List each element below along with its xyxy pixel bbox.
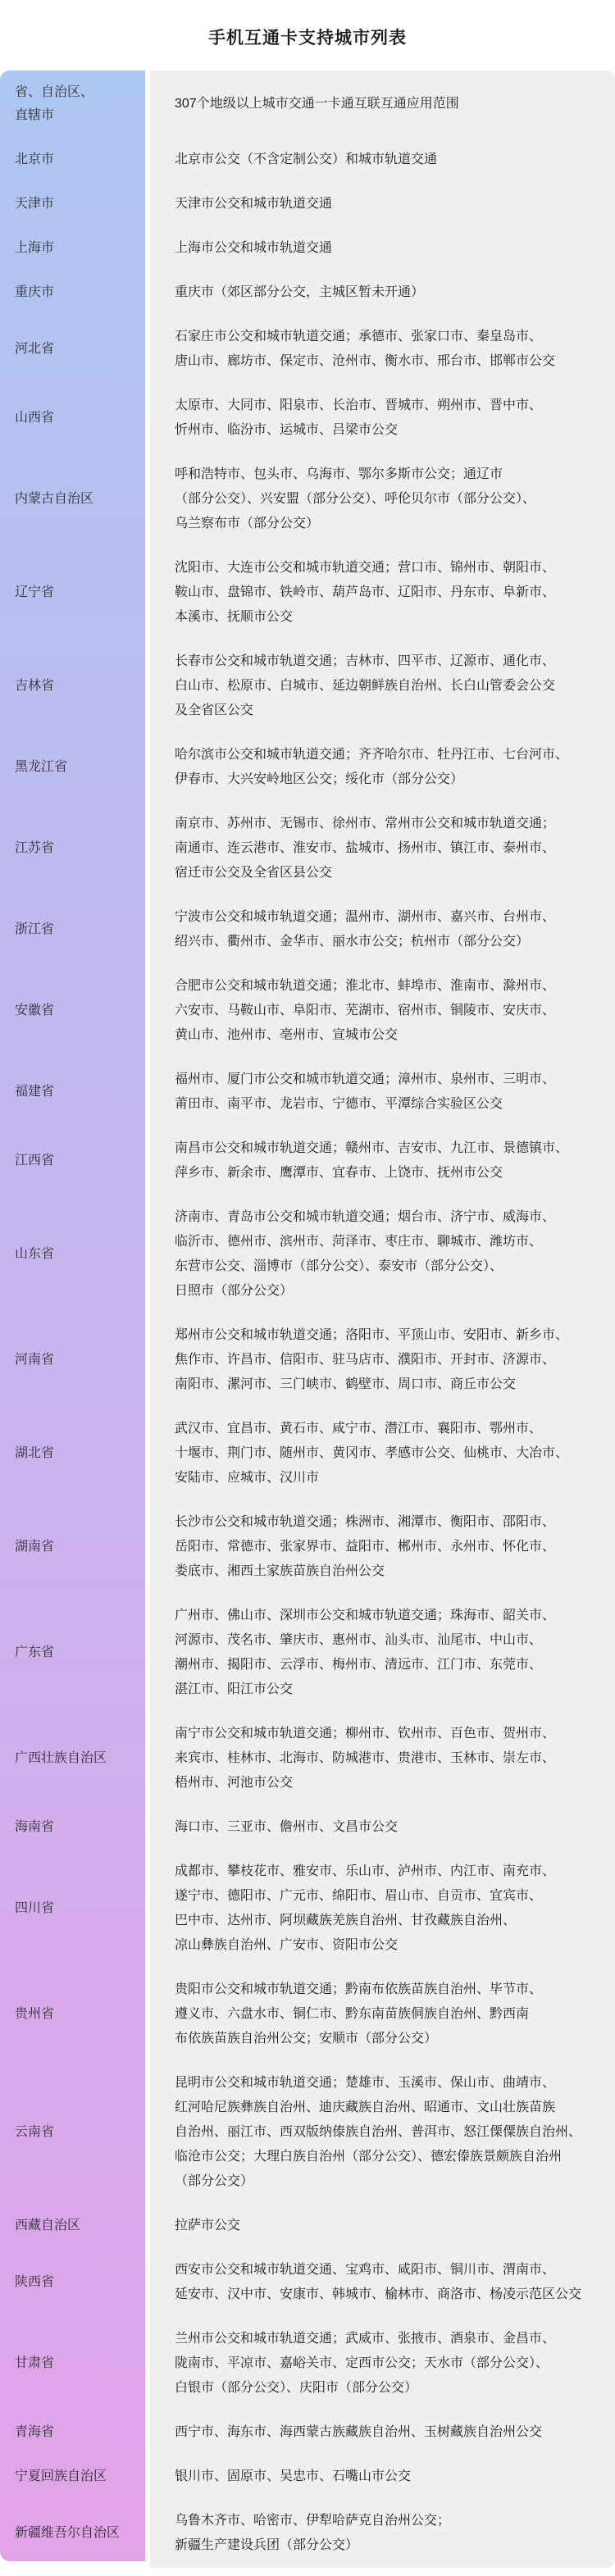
cities-cell: 福州市、厦门市公交和城市轨道交通；漳州市、泉州市、三明市、 莆田市、南平市、龙岩… [145,1058,615,1126]
cities-cell: 拉萨市公交 [145,2204,615,2248]
province-cell: 山东省 [0,1235,145,1274]
cities-cell: 海口市、三亚市、儋州市、文昌市公交 [145,1805,615,1850]
province-cell: 山西省 [0,398,145,438]
table-row: 新疆维吾尔自治区乌鲁木齐市、哈密市、伊犁哈萨克自治州公交； 新疆生产建设兵团（部… [0,2499,615,2568]
province-cell: 黑龙江省 [0,748,145,787]
province-cell: 湖北省 [0,1434,145,1473]
province-cell: 甘肃省 [0,2344,145,2383]
province-cell: 辽宁省 [0,573,145,612]
table-row: 天津市天津市公交和城市轨道交通 [0,182,615,226]
cities-cell: 上海市公交和城市轨道交通 [145,226,615,271]
table-row: 重庆市重庆市（郊区部分公交，主城区暂未开通） [0,271,615,315]
province-cell: 内蒙古自治区 [0,480,145,519]
province-cell: 湖南省 [0,1527,145,1567]
cities-cell: 西宁市、海东市、海西蒙古族藏族自治州、玉树藏族自治州公交 [145,2410,615,2455]
table-row: 广东省广州市、佛山市、深圳市公交和城市轨道交通；珠海市、韶关市、 河源市、茂名市… [0,1594,615,1712]
province-cell: 西藏自治区 [0,2206,145,2246]
province-cell: 新疆维吾尔自治区 [0,2514,145,2553]
cities-cell: 南京市、苏州市、无锡市、徐州市、常州市公交和城市轨道交通； 南通市、连云港市、淮… [145,802,615,895]
table-row: 海南省海口市、三亚市、儋州市、文昌市公交 [0,1805,615,1850]
cities-cell: 成都市、攀枝花市、雅安市、乐山市、泸州市、内江市、南充市、 遂宁市、德阳市、广元… [145,1850,615,1968]
province-cell: 河北省 [0,330,145,369]
cities-cell: 长沙市公交和城市轨道交通；株洲市、湘潭市、衡阳市、邵阳市、 岳阳市、常德市、张家… [145,1500,615,1594]
cities-cell: 武汉市、宜昌市、黄石市、咸宁市、潜江市、襄阳市、鄂州市、 十堰市、荆门市、随州市… [145,1407,615,1500]
cities-cell: 乌鲁木齐市、哈密市、伊犁哈萨克自治州公交； 新疆生产建设兵团（部分公交） [145,2499,615,2568]
cities-cell: 贵阳市公交和城市轨道交通；黔南布依族苗族自治州、毕节市、 遵义市、六盘水市、铜仁… [145,1968,615,2061]
table-row: 西藏自治区拉萨市公交 [0,2204,615,2248]
province-cell: 广西壮族自治区 [0,1739,145,1778]
page: 手机互通卡支持城市列表 省、自治区、 直辖市 307个地级以上城市交通一卡通互联… [0,0,615,2576]
province-cell: 吉林省 [0,667,145,706]
table-row: 辽宁省沈阳市、大连市公交和城市轨道交通；营口市、锦州市、朝阳市、 鞍山市、盘锦市… [0,546,615,639]
table-row: 河南省郑州市公交和城市轨道交通；洛阳市、平顶山市、安阳市、新乡市、 焦作市、许昌… [0,1313,615,1407]
table-row: 陕西省西安市公交和城市轨道交通、宝鸡市、咸阳市、铜川市、渭南市、 延安市、汉中市… [0,2248,615,2317]
header-province-cell: 省、自治区、 直辖市 [0,73,145,135]
cities-cell: 银川市、固原市、吴忠市、石嘴山市公交 [145,2455,615,2499]
cities-cell: 郑州市公交和城市轨道交通；洛阳市、平顶山市、安阳市、新乡市、 焦作市、许昌市、信… [145,1313,615,1407]
cities-cell: 长春市公交和城市轨道交通；吉林市、四平市、辽源市、通化市、 白山市、松原市、白城… [145,639,615,733]
province-cell: 河南省 [0,1340,145,1380]
province-cell: 天津市 [0,184,145,224]
province-cell: 北京市 [0,140,145,180]
table-row: 湖北省武汉市、宜昌市、黄石市、咸宁市、潜江市、襄阳市、鄂州市、 十堰市、荆门市、… [0,1407,615,1500]
province-cell: 四川省 [0,1889,145,1928]
cities-cell: 宁波市公交和城市轨道交通；温州市、湖州市、嘉兴市、台州市、 绍兴市、衢州市、金华… [145,895,615,964]
table-row: 江西省南昌市公交和城市轨道交通；赣州市、吉安市、九江市、景德镇市、 萍乡市、新余… [0,1126,615,1195]
province-cell: 广东省 [0,1633,145,1673]
cities-cell: 石家庄市公交和城市轨道交通；承德市、张家口市、秦皇岛市、 唐山市、廊坊市、保定市… [145,315,615,384]
province-cell: 云南省 [0,2113,145,2152]
cities-cell: 济南市、青岛市公交和城市轨道交通；烟台市、济宁市、威海市、 临沂市、德州市、滨州… [145,1195,615,1313]
page-title: 手机互通卡支持城市列表 [0,0,615,71]
cities-cell: 太原市、大同市、阳泉市、长治市、晋城市、朔州市、晋中市、 忻州市、临汾市、运城市… [145,384,615,453]
province-cell: 江西省 [0,1141,145,1181]
province-cell: 安徽省 [0,991,145,1031]
cities-cell: 南昌市公交和城市轨道交通；赣州市、吉安市、九江市、景德镇市、 萍乡市、新余市、鹰… [145,1126,615,1195]
header-scope-cell: 307个地级以上城市交通一卡通互联互通应用范围 [145,71,615,138]
table-row: 福建省福州市、厦门市公交和城市轨道交通；漳州市、泉州市、三明市、 莆田市、南平市… [0,1058,615,1126]
table-rows: 省、自治区、 直辖市 307个地级以上城市交通一卡通互联互通应用范围 北京市北京… [0,71,615,2568]
table-row: 湖南省长沙市公交和城市轨道交通；株洲市、湘潭市、衡阳市、邵阳市、 岳阳市、常德市… [0,1500,615,1594]
table-row: 贵州省贵阳市公交和城市轨道交通；黔南布依族苗族自治州、毕节市、 遵义市、六盘水市… [0,1968,615,2061]
cities-cell: 沈阳市、大连市公交和城市轨道交通；营口市、锦州市、朝阳市、 鞍山市、盘锦市、铁岭… [145,546,615,639]
province-cell: 重庆市 [0,273,145,312]
province-cell: 海南省 [0,1808,145,1847]
table-row: 河北省石家庄市公交和城市轨道交通；承德市、张家口市、秦皇岛市、 唐山市、廊坊市、… [0,315,615,384]
table-row: 内蒙古自治区呼和浩特市、包头市、乌海市、鄂尔多斯市公交；通辽市 （部分公交）、兴… [0,453,615,546]
table-row: 江苏省南京市、苏州市、无锡市、徐州市、常州市公交和城市轨道交通； 南通市、连云港… [0,802,615,895]
province-cell: 江苏省 [0,829,145,868]
province-cell: 贵州省 [0,1995,145,2034]
table-row: 黑龙江省哈尔滨市公交和城市轨道交通；齐齐哈尔市、牡丹江市、七台河市、 伊春市、大… [0,733,615,802]
table-row: 宁夏回族自治区银川市、固原市、吴忠市、石嘴山市公交 [0,2455,615,2499]
bottom-spacer [0,2568,615,2576]
province-cell: 上海市 [0,229,145,268]
cities-cell: 北京市公交（不含定制公交）和城市轨道交通 [145,138,615,182]
city-support-table: 省、自治区、 直辖市 307个地级以上城市交通一卡通互联互通应用范围 北京市北京… [0,71,615,2568]
table-row: 四川省成都市、攀枝花市、雅安市、乐山市、泸州市、内江市、南充市、 遂宁市、德阳市… [0,1850,615,1968]
table-row: 青海省西宁市、海东市、海西蒙古族藏族自治州、玉树藏族自治州公交 [0,2410,615,2455]
cities-cell: 兰州市公交和城市轨道交通；武威市、张掖市、酒泉市、金昌市、 陇南市、平凉市、嘉峪… [145,2317,615,2410]
cities-cell: 哈尔滨市公交和城市轨道交通；齐齐哈尔市、牡丹江市、七台河市、 伊春市、大兴安岭地… [145,733,615,802]
table-header-row: 省、自治区、 直辖市 307个地级以上城市交通一卡通互联互通应用范围 [0,71,615,138]
cities-cell: 合肥市公交和城市轨道交通；淮北市、蚌埠市、淮南市、滁州市、 六安市、马鞍山市、阜… [145,964,615,1058]
province-cell: 陕西省 [0,2263,145,2302]
cities-cell: 呼和浩特市、包头市、乌海市、鄂尔多斯市公交；通辽市 （部分公交）、兴安盟（部分公… [145,453,615,546]
table-row: 北京市北京市公交（不含定制公交）和城市轨道交通 [0,138,615,182]
table-row: 吉林省长春市公交和城市轨道交通；吉林市、四平市、辽源市、通化市、 白山市、松原市… [0,639,615,733]
province-cell: 浙江省 [0,910,145,949]
cities-cell: 重庆市（郊区部分公交，主城区暂未开通） [145,271,615,315]
province-cell: 宁夏回族自治区 [0,2457,145,2496]
table-row: 甘肃省兰州市公交和城市轨道交通；武威市、张掖市、酒泉市、金昌市、 陇南市、平凉市… [0,2317,615,2410]
table-row: 浙江省宁波市公交和城市轨道交通；温州市、湖州市、嘉兴市、台州市、 绍兴市、衢州市… [0,895,615,964]
cities-cell: 昆明市公交和城市轨道交通；楚雄市、玉溪市、保山市、曲靖市、 红河哈尼族彝族自治州… [145,2061,615,2204]
cities-cell: 天津市公交和城市轨道交通 [145,182,615,226]
table-row: 山东省济南市、青岛市公交和城市轨道交通；烟台市、济宁市、威海市、 临沂市、德州市… [0,1195,615,1313]
province-cell: 福建省 [0,1072,145,1112]
table-row: 安徽省合肥市公交和城市轨道交通；淮北市、蚌埠市、淮南市、滁州市、 六安市、马鞍山… [0,964,615,1058]
table-row: 上海市上海市公交和城市轨道交通 [0,226,615,271]
cities-cell: 西安市公交和城市轨道交通、宝鸡市、咸阳市、铜川市、渭南市、 延安市、汉中市、安康… [145,2248,615,2317]
cities-cell: 广州市、佛山市、深圳市公交和城市轨道交通；珠海市、韶关市、 河源市、茂名市、肇庆… [145,1594,615,1712]
cities-cell: 南宁市公交和城市轨道交通；柳州市、钦州市、百色市、贺州市、 来宾市、桂林市、北海… [145,1712,615,1805]
table-row: 山西省太原市、大同市、阳泉市、长治市、晋城市、朔州市、晋中市、 忻州市、临汾市、… [0,384,615,453]
table-row: 云南省昆明市公交和城市轨道交通；楚雄市、玉溪市、保山市、曲靖市、 红河哈尼族彝族… [0,2061,615,2204]
province-cell: 青海省 [0,2413,145,2452]
table-row: 广西壮族自治区南宁市公交和城市轨道交通；柳州市、钦州市、百色市、贺州市、 来宾市… [0,1712,615,1805]
